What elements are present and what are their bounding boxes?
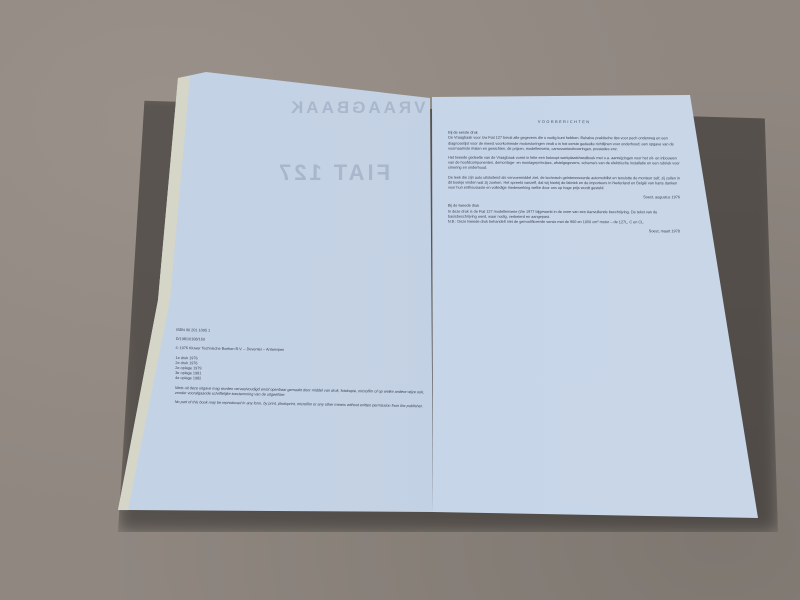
photo-scene: VRAAGBAAK FIAT 127 ISBN 90 201 1095 1 D/… [0, 0, 800, 600]
preface-block: VOORBERICHTEN Bij de eerste druk De Vraa… [448, 120, 680, 239]
colophon-block: ISBN 90 201 1095 1 D/1981/0108/163 © 197… [175, 328, 426, 414]
copyright-line: © 1976 Kluwer Technische Boeken B.V. – D… [176, 346, 426, 356]
preface-paragraph: De Vraagbaak voor Uw Fiat 127 bevat alle… [448, 136, 680, 152]
signature-date: Soest, maart 1978 [448, 229, 680, 235]
preface-paragraph: Het tweede gedeelte van de Vraagbaak vor… [448, 156, 680, 172]
preface-heading: VOORBERICHTEN [448, 120, 680, 126]
rights-notice-dutch: Niets uit deze uitgave mag worden vervee… [175, 386, 425, 401]
preface-paragraph: N.B.: Deze tweede druk behandelt niet de… [448, 220, 680, 226]
show-through-title: VRAAGBAAK [288, 98, 426, 118]
preface-paragraph: De leek die zijn auto uitsluitend als ve… [448, 175, 680, 191]
rights-notice-english: No part of this book may be reproduced i… [175, 400, 425, 410]
signature-date: Soest, augustus 1976 [448, 195, 680, 201]
deposit-code: D/1981/0108/163 [176, 337, 426, 347]
edition-list: 1e druk 1976 2e druk 1976 2e oplage 1979… [175, 356, 425, 386]
show-through-subtitle: FIAT 127 [276, 160, 390, 186]
